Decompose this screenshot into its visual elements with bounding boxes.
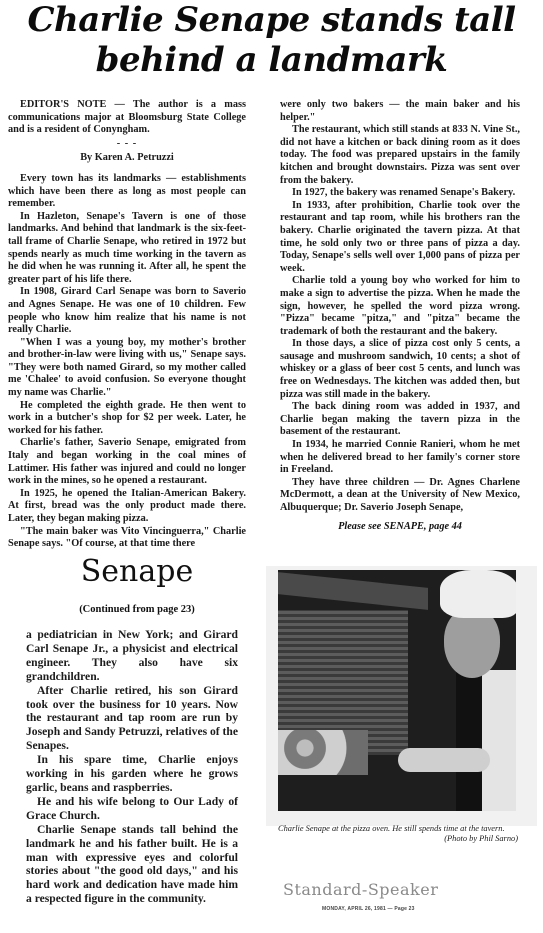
paragraph: The restaurant, which still stands at 83…: [280, 124, 520, 187]
article-right-column: were only two bakers — the main baker an…: [280, 99, 520, 515]
paragraph: Charlie's father, Saverio Senape, emigra…: [8, 437, 246, 487]
chef-hat-shape: [440, 570, 516, 618]
arm-shape: [398, 748, 490, 772]
caption-text: Charlie Senape at the pizza oven. He sti…: [278, 824, 505, 833]
headline: Charlie Senape stands tall behind a land…: [0, 0, 543, 80]
paragraph: Every town has its landmarks — establish…: [8, 173, 246, 211]
article-left-column: EDITOR'S NOTE — The author is a mass com…: [8, 99, 246, 551]
paragraph: "When I was a young boy, my mother's bro…: [8, 337, 246, 400]
paragraph: Charlie Senape stands tall behind the la…: [26, 823, 238, 906]
paragraph: He completed the eighth grade. He then w…: [8, 400, 246, 438]
paragraph: In 1925, he opened the Italian-American …: [8, 488, 246, 526]
paragraph: He and his wife belong to Our Lady of Gr…: [26, 795, 238, 823]
paragraph: In 1933, after prohibition, Charlie took…: [280, 200, 520, 276]
paragraph: In 1927, the bakery was renamed Senape's…: [280, 187, 520, 200]
divider: - - -: [8, 138, 246, 151]
paragraph: In Hazleton, Senape's Tavern is one of t…: [8, 211, 246, 287]
paragraph: In his spare time, Charlie enjoys workin…: [26, 753, 238, 795]
paragraph: a pediatrician in New York; and Girard C…: [26, 628, 238, 684]
paragraph: were only two bakers — the main baker an…: [280, 99, 520, 124]
paragraph: In 1908, Girard Carl Senape was born to …: [8, 286, 246, 336]
photo-credit: (Photo by Phil Sarno): [444, 834, 518, 844]
pizza-shape: [278, 730, 368, 775]
paragraph: In those days, a slice of pizza cost onl…: [280, 338, 520, 401]
masthead-paper-name: Standard-Speaker: [283, 880, 503, 899]
masthead-dateline: MONDAY, APRIL 26, 1981 — Page 23: [322, 906, 482, 912]
continuation-title: Senape: [8, 554, 266, 590]
photo-caption: Charlie Senape at the pizza oven. He sti…: [278, 824, 518, 844]
paragraph: After Charlie retired, his son Girard to…: [26, 684, 238, 754]
jump-line: Please see SENAPE, page 44: [280, 521, 520, 532]
paragraph: "The main baker was Vito Vincinguerra," …: [8, 526, 246, 551]
continuation-column: a pediatrician in New York; and Girard C…: [26, 628, 238, 906]
headline-line-1: Charlie Senape stands tall: [0, 0, 543, 40]
vest-shape: [456, 666, 482, 811]
paragraph: They have three children — Dr. Agnes Cha…: [280, 477, 520, 515]
paragraph: In 1934, he married Connie Ranieri, whom…: [280, 439, 520, 477]
photo-charlie-senape-at-pizza-oven: [278, 570, 516, 811]
photo-frame: [266, 566, 537, 826]
paragraph: Charlie told a young boy who worked for …: [280, 275, 520, 338]
continuation-subtitle: (Continued from page 23): [8, 604, 266, 615]
paragraph: The back dining room was added in 1937, …: [280, 401, 520, 439]
headline-line-2: behind a landmark: [0, 40, 543, 80]
oven-hood-shape: [278, 572, 428, 610]
editors-note: EDITOR'S NOTE — The author is a mass com…: [8, 99, 246, 137]
byline: By Karen A. Petruzzi: [8, 152, 246, 165]
face-shape: [444, 608, 500, 678]
